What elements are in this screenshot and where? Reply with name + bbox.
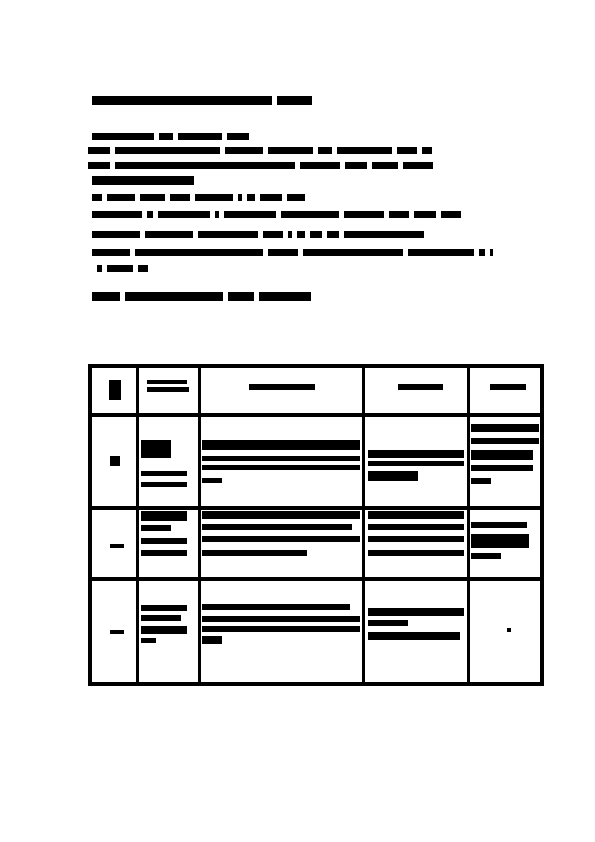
row-marker: — — [110, 544, 124, 548]
table-cell: ■■■■■■■ — [202, 511, 360, 519]
header-cell: ■■ — [109, 380, 121, 400]
paragraph-line: ■ ■■■■ ■■ — [97, 264, 153, 272]
row-marker: — — [110, 630, 124, 634]
paragraph-line: ■■■■■■■■■■ — [92, 177, 199, 185]
header-cell: ■■■■ — [398, 384, 443, 390]
paragraph-line: ■■■■■■■■ ■■ ■■■■■■ ■■■ — [92, 132, 254, 140]
paragraph-line: ■■■■ ■■■■■■■■■■■■■■ ■■■ ■■■■■■■■■■■■ ■■■… — [92, 248, 498, 256]
table-cell: ■■■■ — [141, 440, 171, 458]
table-cell: ■■■■■ — [368, 511, 464, 519]
paragraph-line: ■ ■■ ■■■■■ ■■■■■■ ■■■ ■■■■■■ ■ ■ ■■■ ■■ — [92, 193, 310, 201]
table-cell: ■■■■■ — [368, 608, 464, 616]
table-cell: ■■■■ — [471, 522, 527, 528]
header-cell: ■■■■■■ — [249, 384, 315, 390]
header-cell: ■■■ — [490, 384, 526, 390]
paragraph-line: ■■■■■■■ ■ ■■■■■■■ ■ ■■■■■■■ ■■■■■■ ■■■■■… — [92, 210, 466, 218]
table-cell: ■■■■ — [141, 605, 187, 611]
row-marker: ■ — [110, 456, 120, 466]
paragraph-line: ■■■ ■■■■■■■■■■■■■■ ■■■■ ■■■■■ ■■ ■■■■■■■… — [88, 146, 437, 154]
table-cell: ■■■■ — [141, 511, 187, 521]
paragraph-line: ■■■ ■■■■■■■■■■■■■■■■■■■■■■■■ ■■■■ ■■■ ■■… — [88, 161, 438, 169]
table-cell: ■■■■■■■ — [202, 604, 350, 610]
table-caption: ■■■ ■■■■■■■■■■ ■■ ■■■■■ — [92, 293, 316, 301]
table-cell: ■■■■■■■ — [202, 440, 360, 450]
header-cell: ■■■■■ — [147, 380, 187, 384]
table-cell: ■■■■■ — [368, 450, 464, 458]
table-cell: ■■■■ — [471, 424, 539, 432]
document-heading: ■■■■■■■■■■■■■■■■■■■■■■■■■■■■■■■■ — [92, 97, 317, 105]
table-cell: · — [507, 628, 511, 632]
data-table: ■■ ■■■■■ ■■■■■■ ■■■■ ■■■ ■ ■■■■ ■■■■■■■ … — [88, 364, 544, 686]
paragraph-line: ■■■■■■ ■■■■■■ ■■■■■■■■■ ■■■ ■ ■ ■■ ■■ ■■… — [92, 230, 429, 238]
